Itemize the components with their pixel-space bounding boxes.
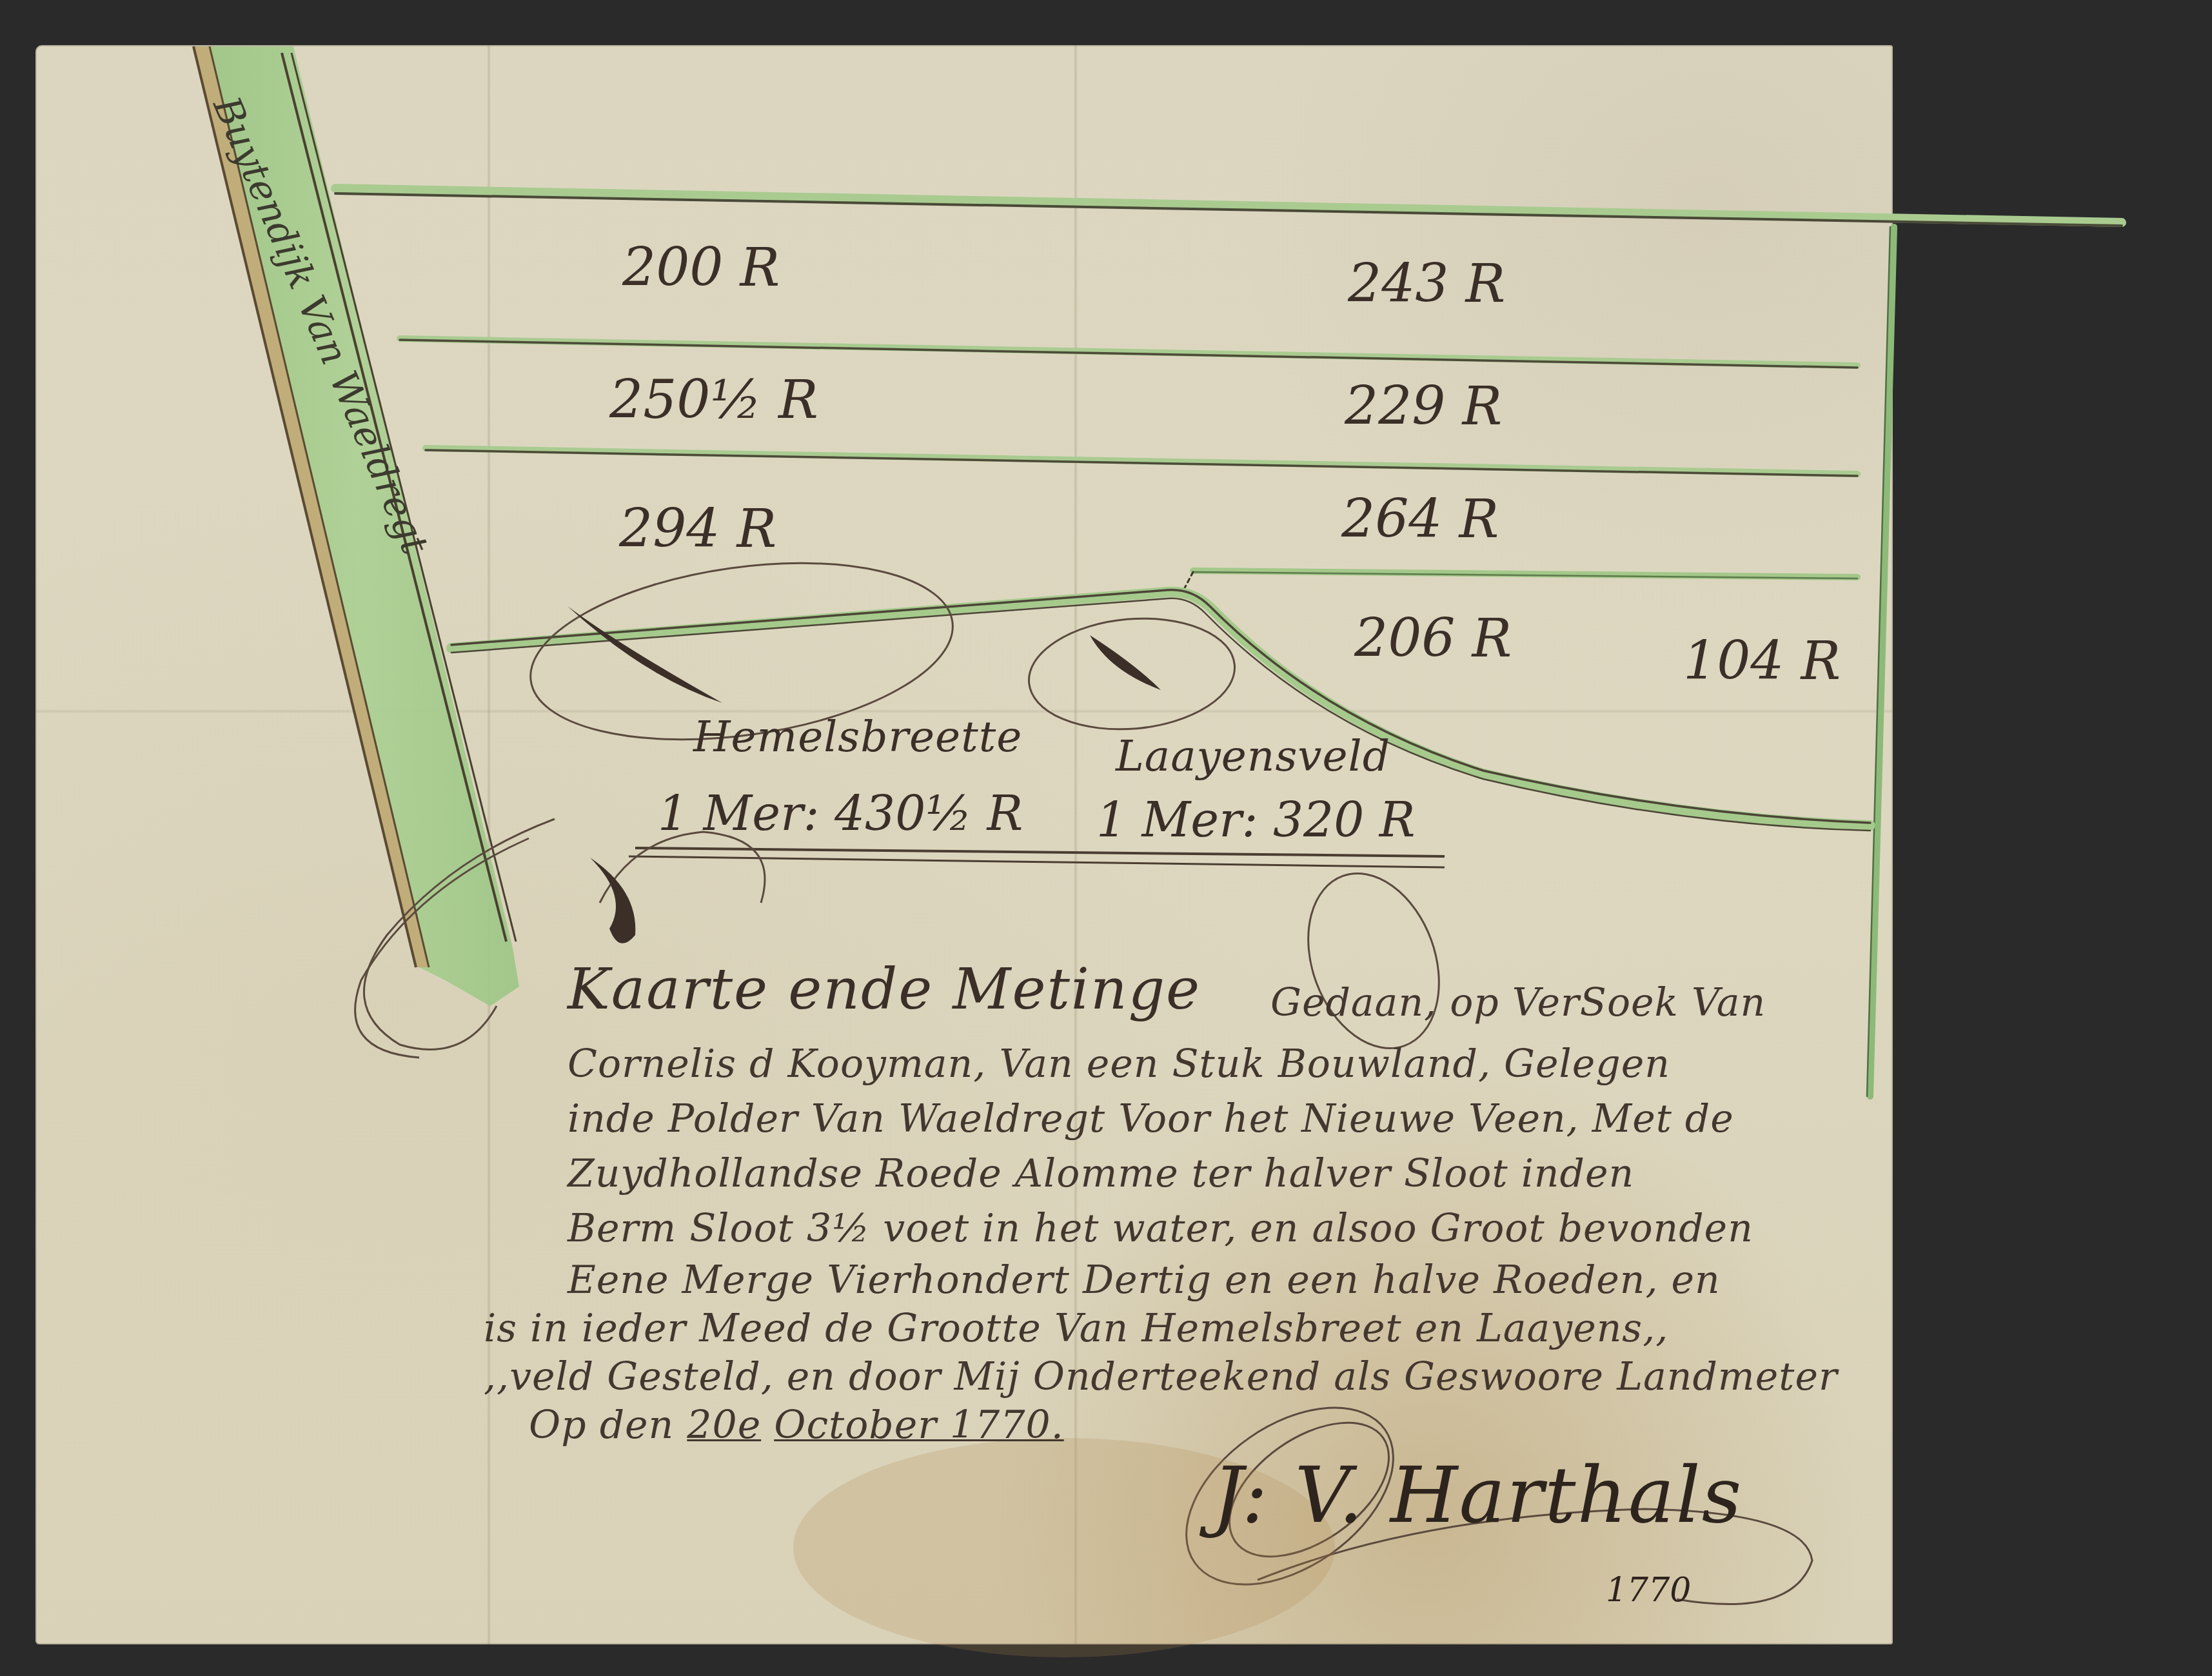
body-line: Gedaan, op VerSoek Van bbox=[1270, 983, 1766, 1022]
document-title: Kaarte ende Metinge bbox=[568, 961, 1201, 1018]
parcel-label: 243 R bbox=[1348, 258, 1505, 311]
parcel-label: 294 R bbox=[619, 503, 776, 556]
field-total-hemelsbreette: 1 Mer: 430½ R bbox=[658, 790, 1023, 838]
flourish-swashes bbox=[568, 606, 1161, 943]
body-line: Zuydhollandse Roede Alomme ter halver Sl… bbox=[568, 1154, 1634, 1193]
date-day: 20e bbox=[687, 1403, 761, 1448]
body-line: ,,veld Gesteld, en door Mij Onderteekend… bbox=[484, 1357, 1838, 1396]
body-line: Berm Sloot 3½ voet in het water, en also… bbox=[568, 1209, 1753, 1248]
totals-double-rule bbox=[629, 848, 1445, 867]
field-name-laayensveld: Laayensveld bbox=[1116, 735, 1390, 778]
surveyor-signature: J: V. Harthals bbox=[1212, 1457, 1743, 1535]
parcel-label: 264 R bbox=[1341, 493, 1499, 546]
signature-year: 1770 bbox=[1606, 1573, 1691, 1607]
parcel-label: 206 R bbox=[1354, 613, 1512, 665]
date-month-year: October 1770. bbox=[774, 1403, 1063, 1448]
body-line: Cornelis d Kooyman, Van een Stuk Bouwlan… bbox=[568, 1045, 1670, 1083]
parcel-label: 229 R bbox=[1345, 380, 1502, 433]
field-total-laayensveld: 1 Mer: 320 R bbox=[1096, 796, 1415, 844]
date-prefix: Op den bbox=[529, 1403, 674, 1448]
parcel-label: 104 R bbox=[1683, 635, 1841, 688]
parcel-label: 200 R bbox=[622, 242, 780, 295]
body-line: is in ieder Meed de Grootte Van Hemelsbr… bbox=[484, 1309, 1668, 1348]
field-name-hemelsbreette: Hemelsbreette bbox=[693, 716, 1022, 758]
parcel-label: 250½ R bbox=[609, 374, 818, 427]
body-line: Eene Merge Vierhondert Dertig en een hal… bbox=[568, 1261, 1721, 1299]
date-line: Op den 20e October 1770. bbox=[529, 1406, 1064, 1444]
body-line: inde Polder Van Waeldregt Voor het Nieuw… bbox=[568, 1099, 1734, 1138]
